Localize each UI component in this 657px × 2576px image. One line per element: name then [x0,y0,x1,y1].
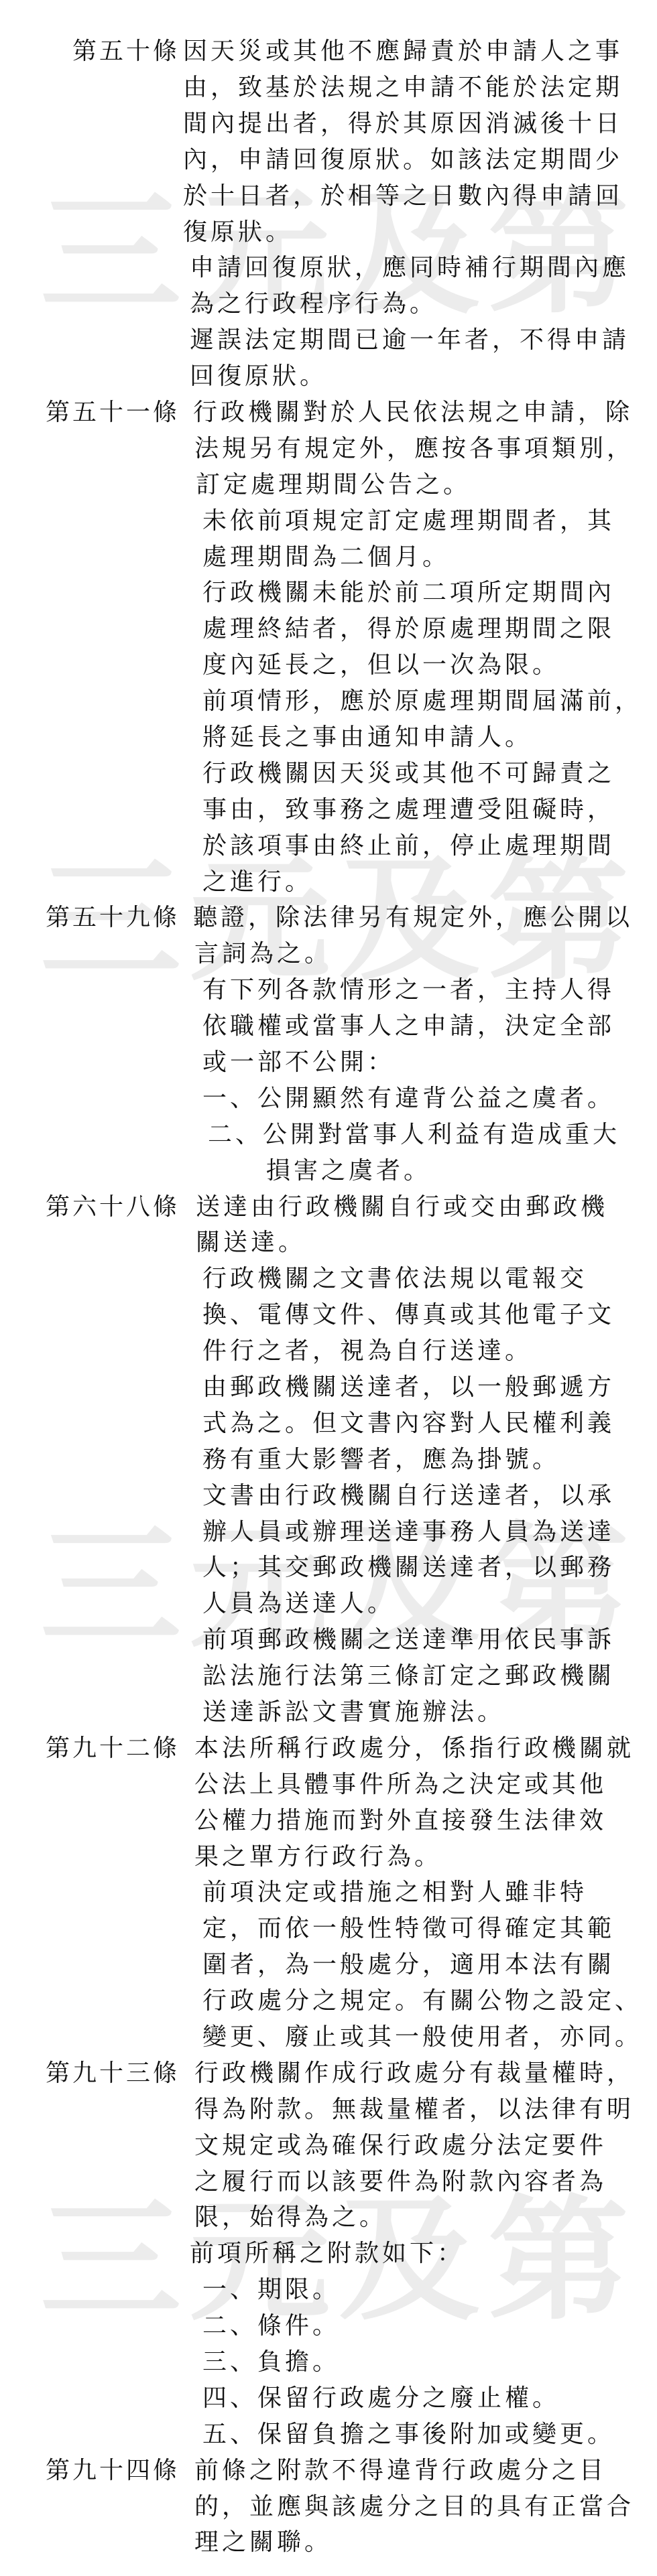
article-line: 申請回復原狀，應同時補行期間內應 [190,250,630,286]
article-line: 文規定或為確保行政處分法定要件 [194,2128,607,2164]
article-line: 於十日者，於相等之日數內得申請回 [183,178,623,214]
article-line: 務有重大影響者，應為掛號。 [202,1442,560,1478]
article-line: 由郵政機關送達者，以一般郵遞方 [202,1369,615,1406]
article-line: 人；其交郵政機關送達者，以郵務 [202,1550,615,1586]
article-line: 回復原狀。 [190,358,327,395]
article-line: 將延長之事由通知申請人。 [202,720,532,756]
article-line: 前項情形，應於原處理期間屆滿前， [202,683,642,720]
article-line: 之進行。 [202,864,312,900]
article-label: 第五十九條 [46,900,180,936]
article-line: 因天災或其他不應歸責於申請人之事 [183,33,623,70]
article-line: 有下列各款情形之一者，主持人得 [202,972,615,1008]
article-line: 果之單方行政行為。 [194,1839,442,1875]
article-label: 第五十條 [72,33,180,70]
list-item-continuation: 損害之虞者。 [266,1153,431,1189]
article-line: 復原狀。 [183,214,293,251]
article-line: 法規另有規定外，應按各事項類別， [194,431,634,467]
article-label: 第九十四條 [46,2453,180,2489]
article-line: 式為之。但文書內容對人民權利義 [202,1406,615,1442]
article-line: 公權力措施而對外直接發生法律效 [194,1803,607,1839]
article-line: 送達由行政機關自行或交由郵政機 [196,1189,608,1225]
article-line: 文書由行政機關自行送達者，以承 [202,1478,615,1514]
article-line: 訟法施行法第三條訂定之郵政機關 [202,1658,615,1694]
article-line: 件行之者，視為自行送達。 [202,1333,532,1369]
article-line: 變更、廢止或其一般使用者，亦同。 [202,2019,642,2055]
article-line: 行政機關之文書依法規以電報交 [202,1261,587,1297]
article-line: 訂定處理期間公告之。 [196,467,471,503]
article-line: 行政處分之規定。有關公物之設定、 [202,1983,642,2019]
list-item: 二、公開對當事人利益有造成重大 [208,1117,620,1153]
article-line: 前項所稱之附款如下： [190,2236,465,2272]
article-line: 行政機關未能於前二項所定期間內 [202,575,615,611]
list-item: 四、保留行政處分之廢止權。 [202,2380,560,2417]
article-line: 間內提出者，得於其原因消滅後十日 [183,106,623,142]
article-label: 第九十三條 [46,2055,180,2092]
article-line: 由，致基於法規之申請不能於法定期 [183,70,623,106]
list-item: 一、期限。 [202,2272,340,2308]
article-line: 遲誤法定期間已逾一年者，不得申請 [190,322,630,358]
article-line: 辦人員或辦理送達事務人員為送達 [202,1514,615,1550]
article-line: 言詞為之。 [194,936,332,972]
article-line: 或一部不公開： [202,1044,395,1081]
article-line: 送達訴訟文書實施辦法。 [202,1694,505,1731]
article-line: 前項郵政機關之送達準用依民事訴 [202,1622,615,1658]
article-line: 行政機關作成行政處分有裁量權時， [194,2055,634,2092]
article-line: 得為附款。無裁量權者，以法律有明 [194,2092,634,2128]
article-line: 前項決定或措施之相對人雖非特 [202,1875,587,1911]
article-line: 換、電傳文件、傳真或其他電子文 [202,1297,615,1333]
article-line: 人員為送達人。 [202,1586,395,1622]
article-line: 前條之附款不得違背行政處分之目 [194,2453,607,2489]
article-line: 未依前項規定訂定處理期間者，其 [202,503,615,539]
article-line: 本法所稱行政處分，係指行政機關就 [194,1731,634,1767]
article-label: 第五十一條 [46,395,180,431]
article-label: 第六十八條 [46,1189,180,1225]
article-line: 於該項事由終止前，停止處理期間 [202,828,615,864]
article-line: 度內延長之，但以一次為限。 [202,647,560,683]
article-line: 處理期間為二個月。 [202,539,450,575]
article-line: 為之行政程序行為。 [190,286,437,322]
article-line: 內，申請回復原狀。如該法定期間少 [183,142,623,178]
article-line: 理之關聯。 [194,2524,332,2561]
article-line: 行政機關因天災或其他不可歸責之 [202,756,615,792]
list-item: 一、公開顯然有違背公益之虞者。 [202,1081,615,1117]
article-line: 聽證，除法律另有規定外，應公開以 [193,900,633,936]
article-line: 關送達。 [196,1225,306,1261]
article-line: 處理終結者，得於原處理期間之限 [202,611,615,647]
list-item: 二、條件。 [202,2308,340,2344]
article-line: 限，始得為之。 [194,2199,387,2236]
article-line: 事由，致事務之處理遭受阻礙時， [202,792,615,828]
article-line: 的，並應與該處分之目的具有正當合 [194,2489,634,2525]
article-line: 定，而依一般性特徵可得確定其範 [202,1911,615,1947]
article-label: 第九十二條 [46,1731,180,1767]
article-line: 行政機關對於人民依法規之申請，除 [193,395,633,431]
article-line: 之履行而以該要件為附款內容者為 [194,2164,607,2200]
article-line: 圍者，為一般處分，適用本法有關 [202,1947,615,1983]
article-line: 公法上具體事件所為之決定或其他 [194,1767,607,1803]
list-item: 三、負擔。 [202,2344,340,2380]
list-item: 五、保留負擔之事後附加或變更。 [202,2417,615,2453]
article-line: 依職權或當事人之申請，決定全部 [202,1008,615,1044]
